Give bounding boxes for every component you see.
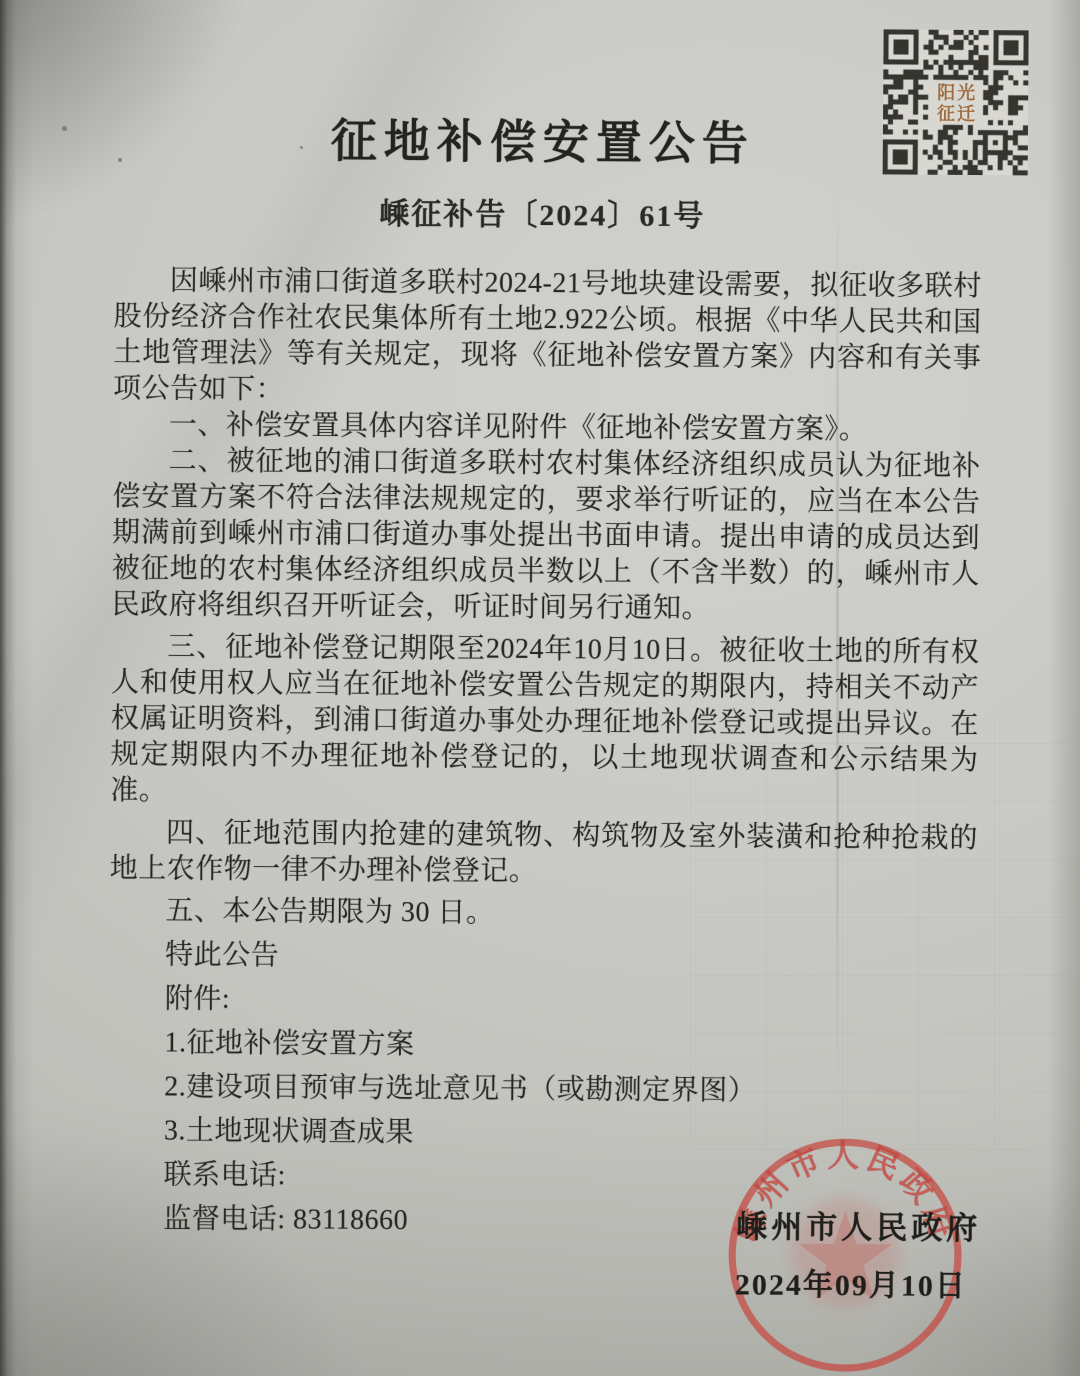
document-sheet: 阳光 征迁 征地补偿安置公告 嵊征补告〔2024〕61号 因嵊州市浦口街道多联村…: [0, 0, 1080, 1376]
paragraph-item-3: 三、征地补偿登记期限至2024年10月10日。被征收土地的所有权人和使用权人应当…: [110, 629, 979, 815]
document-number: 嵊征补告〔2024〕61号: [2, 186, 1080, 238]
document-photo: 阳光 征迁 征地补偿安置公告 嵊征补告〔2024〕61号 因嵊州市浦口街道多联村…: [0, 0, 1080, 1376]
signature-block: 嵊州市人民政府 2024年09月10日: [735, 1201, 982, 1305]
paragraph-item-4: 四、征地范围内抢建的建筑物、构筑物及室外装潢和抢种抢栽的地上农作物一律不办理补偿…: [110, 815, 978, 893]
paragraph-item-2: 二、被征地的浦口街道多联村农村集体经济组织成员认为征地补偿安置方案不符合法律法规…: [111, 443, 980, 629]
qr-code: 阳光 征迁: [883, 29, 1032, 178]
document-body: 因嵊州市浦口街道多联村2024-21号地块建设需要，拟征收多联村股份经济合作社农…: [107, 263, 982, 1243]
attachments-label: 附件:: [109, 981, 977, 1023]
attachment-1: 1.征地补偿安置方案: [108, 1025, 976, 1067]
signature-issuer: 嵊州市人民政府: [735, 1201, 981, 1248]
signature-date: 2024年09月10日: [735, 1259, 981, 1305]
attachment-2: 2.建设项目预审与选址意见书（或勘测定界图）: [108, 1069, 976, 1111]
qr-center-label: 阳光 征迁: [928, 81, 986, 127]
qr-label-line2: 征迁: [937, 104, 977, 125]
paragraph-item-5: 五、本公告期限为 30 日。: [109, 893, 977, 935]
closing-line: 特此公告: [109, 937, 977, 979]
paragraph-intro: 因嵊州市浦口街道多联村2024-21号地块建设需要，拟征收多联村股份经济合作社农…: [113, 263, 982, 413]
paragraph-item-1: 一、补偿安置具体内容详见附件《征地补偿安置方案》。: [113, 407, 981, 449]
qr-label-line1: 阳光: [937, 83, 977, 104]
